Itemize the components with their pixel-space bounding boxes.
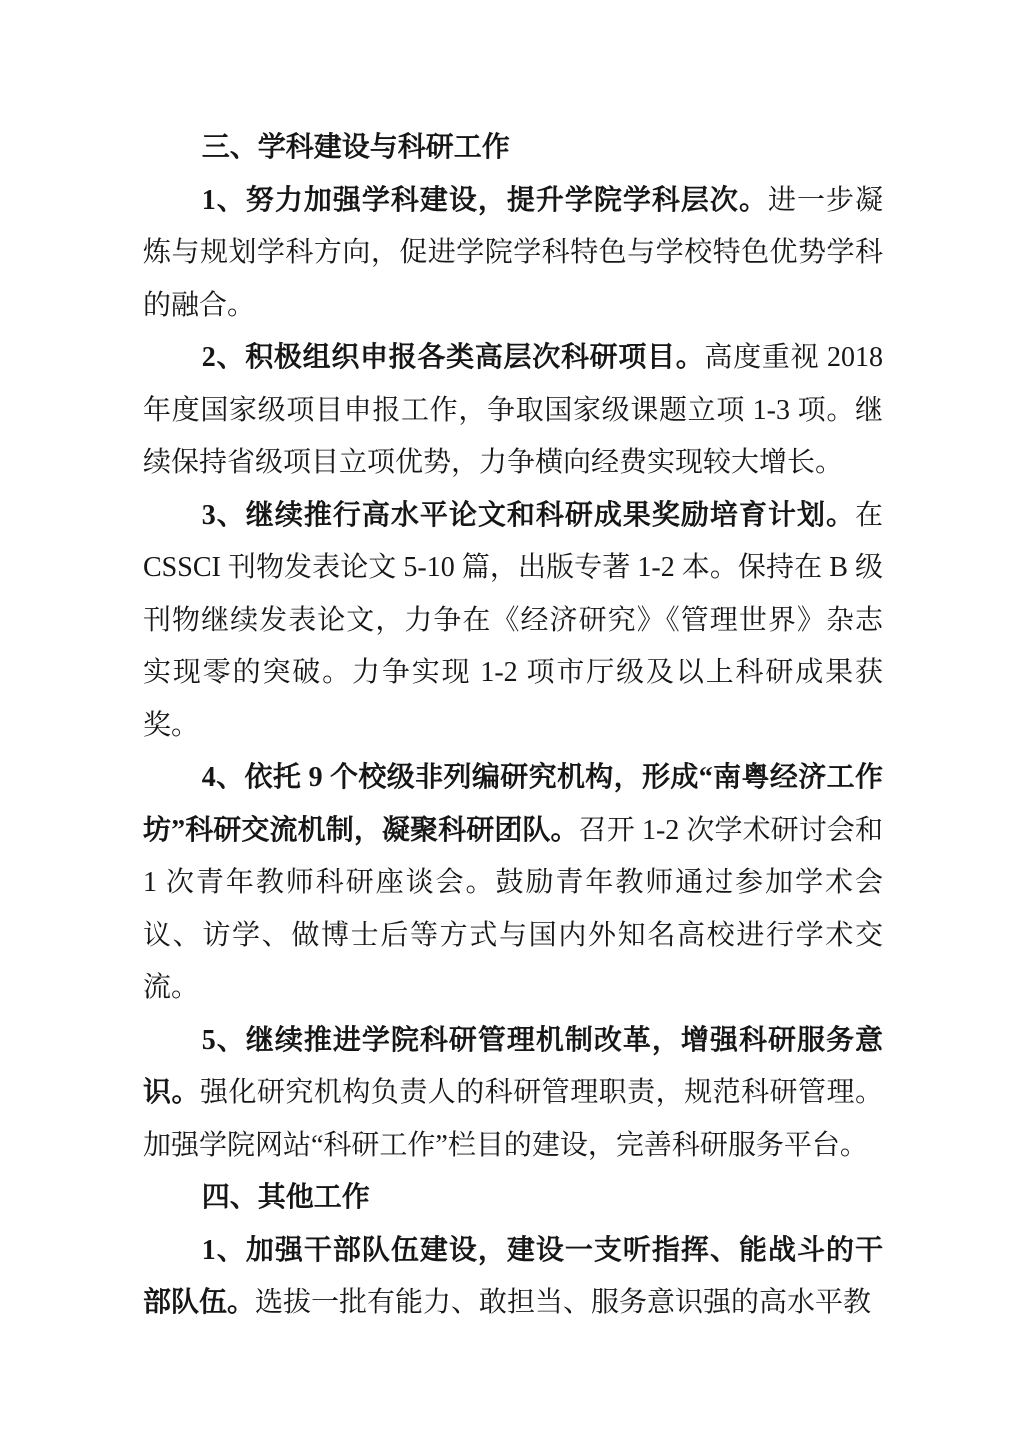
paragraph-1-discipline-building: 1、努力加强学科建设，提升学院学科层次。进一步凝炼与规划学科方向，促进学院学科特… [143, 175, 883, 333]
paragraph-lead: 3、继续推行高水平论文和科研成果奖励培育计划。 [202, 500, 855, 531]
paragraph-2-project-application: 2、积极组织申报各类高层次科研项目。高度重视 2018 年度国家级项目申报工作，… [143, 332, 883, 490]
document-page: 三、学科建设与科研工作 1、努力加强学科建设，提升学院学科层次。进一步凝炼与规划… [0, 0, 1024, 1448]
document-body: 三、学科建设与科研工作 1、努力加强学科建设，提升学院学科层次。进一步凝炼与规划… [143, 122, 883, 1330]
paragraph-lead: 2、积极组织申报各类高层次科研项目。 [202, 342, 705, 373]
paragraph-rest: 强化研究机构负责人的科研管理职责，规范科研管理。加强学院网站“科研工作”栏目的建… [143, 1077, 883, 1161]
paragraph-4-research-institutes: 4、依托 9 个校级非列编研究机构，形成“南粤经济工作坊”科研交流机制，凝聚科研… [143, 752, 883, 1015]
paragraph-lead: 1、努力加强学科建设，提升学院学科层次。 [202, 185, 768, 216]
paragraph-rest: 选拔一批有能力、敢担当、服务意识强的高水平教 [255, 1287, 871, 1318]
paragraph-rest: 在 CSSCI 刊物发表论文 5-10 篇，出版专著 1-2 本。保持在 B 级… [143, 500, 883, 741]
section-heading-text: 三、学科建设与科研工作 [202, 132, 510, 163]
paragraph-3-paper-awards: 3、继续推行高水平论文和科研成果奖励培育计划。在 CSSCI 刊物发表论文 5-… [143, 490, 883, 753]
section-heading-text: 四、其他工作 [202, 1182, 370, 1213]
paragraph-6-cadre-team: 1、加强干部队伍建设，建设一支听指挥、能战斗的干部队伍。选拔一批有能力、敢担当、… [143, 1225, 883, 1330]
section-heading-other-work: 四、其他工作 [143, 1172, 883, 1225]
section-heading-discipline-research: 三、学科建设与科研工作 [143, 122, 883, 175]
paragraph-5-research-management: 5、继续推进学院科研管理机制改革，增强科研服务意识。强化研究机构负责人的科研管理… [143, 1015, 883, 1173]
